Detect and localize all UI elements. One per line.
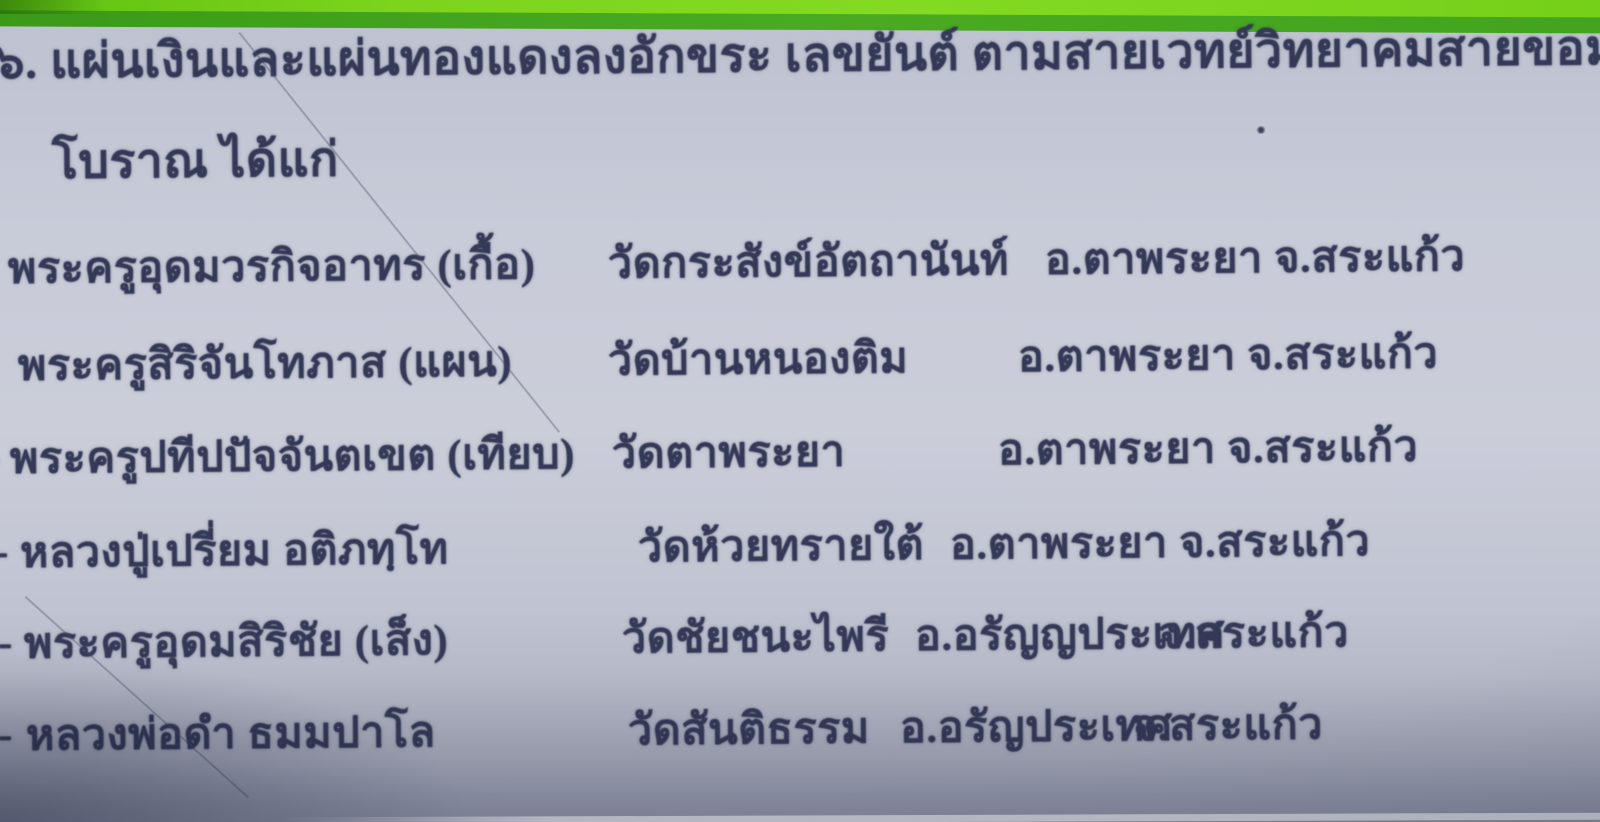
entry-row: -หลวงพ่อดำ ธมมปาโลวัดสันติธรรมอ.อรัญประเ… bbox=[0, 676, 1600, 780]
monk-name: พระครูอุดมสิริชัย (เส็ง) bbox=[24, 605, 449, 677]
temple-name: วัดตาพระยา bbox=[612, 417, 846, 487]
ink-speck bbox=[1256, 126, 1266, 134]
section-title-line1: ๖. แผ่นเงินและแผ่นทองแดงลงอักขระ เลขยันต… bbox=[0, 8, 1600, 104]
entry-row: พระครูสิริจันโทภาส (แผน)วัดบ้านหนองติมอ.… bbox=[0, 306, 1600, 410]
monk-name: หลวงปู่เปรี่ยม อติภทฺโท bbox=[20, 514, 449, 586]
temple-name: วัดบ้านหนองติม bbox=[608, 323, 909, 394]
district-province: อ.ตาพระยา จ.สระแก้ว bbox=[1018, 318, 1439, 390]
province: จ.สระแก้ว bbox=[1158, 597, 1350, 667]
bullet-dash: - bbox=[0, 527, 9, 576]
temple-name: วัดสันติธรรม bbox=[628, 693, 870, 763]
entry-row: -พระครูอุดมสิริชัย (เส็ง)วัดชัยชนะไพรีอ.… bbox=[0, 584, 1600, 688]
temple-name: วัดห้วยทรายใต้ bbox=[638, 510, 925, 580]
monk-name: พระครูอุดมวรกิจอาทร (เกื้อ) bbox=[8, 229, 536, 302]
province: จ.สระแก้ว bbox=[1132, 689, 1324, 759]
district-province: อ.ตาพระยา จ.สระแก้ว bbox=[1045, 221, 1466, 293]
bullet-dash: - bbox=[0, 433, 1, 482]
district-province: อ.ตาพระยา จ.สระแก้ว bbox=[998, 412, 1419, 484]
bullet-dash: - bbox=[0, 710, 13, 759]
district-province: อ.ตาพระยา จ.สระแก้ว bbox=[950, 506, 1371, 578]
document-content: ๖. แผ่นเงินและแผ่นทองแดงลงอักขระ เลขยันต… bbox=[0, 0, 1600, 822]
monk-name: หลวงพ่อดำ ธมมปาโล bbox=[26, 697, 436, 769]
entry-row: -พระครูปทีปปัจจันตเขต (เทียบ)วัดตาพระยาอ… bbox=[0, 399, 1600, 503]
entry-row: -หลวงปู่เปรี่ยม อติภทฺโทวัดห้วยทรายใต้อ.… bbox=[0, 493, 1600, 597]
section-title-line2: โบราณ ได้แก่ bbox=[52, 119, 340, 203]
entry-row: พระครูอุดมวรกิจอาทร (เกื้อ)วัดกระสังข์อั… bbox=[0, 209, 1600, 313]
temple-name: วัดชัยชนะไพรี bbox=[622, 601, 890, 671]
document-photo: ๖. แผ่นเงินและแผ่นทองแดงลงอักขระ เลขยันต… bbox=[0, 0, 1600, 822]
temple-name: วัดกระสังข์อัตถานันท์ bbox=[608, 225, 1010, 296]
bullet-dash: - bbox=[0, 618, 13, 667]
monk-name: พระครูสิริจันโทภาส (แผน) bbox=[18, 327, 513, 399]
monk-name: พระครูปทีปปัจจันตเขต (เทียบ) bbox=[10, 419, 576, 492]
